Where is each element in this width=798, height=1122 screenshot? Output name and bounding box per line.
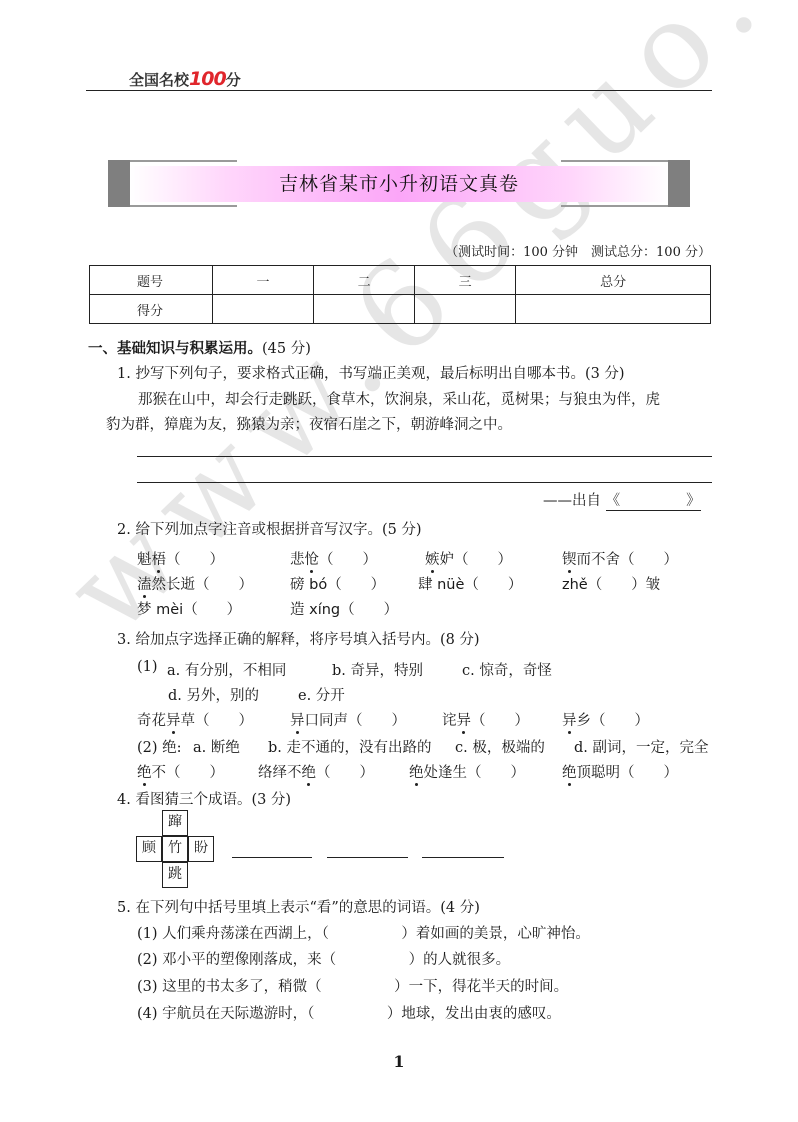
idiom-answer-line[interactable] — [232, 857, 312, 858]
q5-item[interactable]: (4) 宇航员在天际遨游时，（ ）地球，发出由衷的感叹。 — [137, 1002, 561, 1023]
answer-blank: （ ） — [166, 552, 224, 568]
book-bracket-close: 》 — [686, 489, 701, 510]
item-number: (1) — [137, 926, 158, 942]
answer-blank: （ ） — [464, 577, 522, 593]
dotted-char: 溘 — [137, 573, 152, 594]
q3-option: b. 奇异，特别 — [332, 659, 423, 680]
answer-blank: （ ） — [620, 552, 678, 568]
q3-option: d. 另外，别的 — [168, 684, 259, 705]
table-cell: 得分 — [90, 295, 213, 324]
score-input-cell[interactable] — [516, 295, 711, 324]
item-text: 顶聪明 — [577, 765, 621, 781]
item-text: 造 xíng — [290, 602, 340, 618]
item-text: 奇花 — [137, 713, 166, 729]
pinyin-item[interactable]: 悲怆（ ） — [290, 548, 377, 569]
question-1-passage-line: 那猴在山中，却会行走跳跃，食草木，饮涧泉，采山花，觅树果；与狼虫为伴，虎 — [138, 388, 660, 409]
banner-line — [561, 160, 668, 162]
table-header-cell: 题号 — [90, 266, 213, 295]
question-5-prompt: 5. 在下列句中括号里填上表示“看”的意思的词语。(4 分) — [117, 896, 480, 917]
idiom-answer-line[interactable] — [422, 857, 504, 858]
grid-cell-bottom: 跳 — [162, 862, 188, 888]
item-text: 魁 — [137, 552, 152, 568]
dotted-char: 锲 — [562, 548, 577, 569]
answer-blank: （ ） — [454, 552, 512, 568]
q3-item[interactable]: 绝处逢生（ ） — [409, 761, 525, 782]
table-row: 得分 — [90, 295, 711, 324]
score-input-cell[interactable] — [314, 295, 415, 324]
answer-blank: （ ） — [322, 926, 416, 942]
table-header-cell: 二 — [314, 266, 415, 295]
logo-prefix: 全国名校 — [129, 71, 189, 89]
dotted-char: 绝 — [137, 761, 152, 782]
answer-blank: （ ） — [348, 713, 406, 729]
item-text: 然长逝 — [152, 577, 196, 593]
source-input[interactable]: 《》 — [606, 489, 701, 511]
answer-blank: （ ） — [307, 979, 409, 995]
answer-blank: （ ） — [195, 577, 253, 593]
q5-item[interactable]: (1) 人们乘舟荡漾在西湖上，（ ）着如画的美景，心旷神怡。 — [137, 922, 590, 943]
answer-blank: （ ）皱 — [588, 577, 661, 593]
q3-item[interactable]: 绝顶聪明（ ） — [562, 761, 678, 782]
answer-blank: （ ） — [467, 765, 525, 781]
pinyin-item[interactable]: 溘然长逝（ ） — [137, 573, 253, 594]
answer-line[interactable] — [137, 482, 712, 483]
pinyin-item[interactable]: 梦 mèi（ ） — [137, 598, 241, 619]
q3-part1-label: (1) — [137, 659, 158, 675]
banner-line — [130, 205, 237, 207]
q3-option: a. 断绝 — [193, 736, 240, 757]
q5-item[interactable]: (3) 这里的书太多了，稍微（ ）一下，得花半天的时间。 — [137, 975, 568, 996]
header-rule — [86, 90, 712, 91]
question-1-prompt: 1. 抄写下列句子，要求格式正确，书写端正美观，最后标明出自哪本书。(3 分) — [117, 362, 625, 383]
answer-blank: （ ） — [322, 952, 424, 968]
q3-option: b. 走不通的，没有出路的 — [268, 736, 432, 757]
item-text: 这里的书太多了，稍微 — [162, 979, 307, 995]
dotted-char: 绝 — [562, 761, 577, 782]
page-title: 吉林省某市小升初语文真卷 — [108, 169, 690, 196]
test-meta: （测试时间：100 分钟 测试总分：100 分） — [445, 241, 711, 260]
page-number: 1 — [0, 1052, 798, 1071]
item-text: 地球，发出由衷的感叹。 — [401, 1006, 561, 1022]
q3-option: c. 惊奇，奇怪 — [462, 659, 552, 680]
item-text: 一下，得花半天的时间。 — [409, 979, 569, 995]
pinyin-item[interactable]: 造 xíng（ ） — [290, 598, 398, 619]
logo-suffix: 分 — [226, 71, 241, 89]
section-points: (45 分) — [262, 341, 311, 357]
item-text: 着如画的美景，心旷神怡。 — [416, 926, 590, 942]
answer-blank: （ ） — [327, 577, 385, 593]
item-text: 处逢生 — [424, 765, 468, 781]
answer-blank: （ ） — [195, 713, 253, 729]
table-row: 题号 一 二 三 总分 — [90, 266, 711, 295]
table-header-cell: 三 — [415, 266, 516, 295]
q3-item[interactable]: 奇花异草（ ） — [137, 709, 253, 730]
table-header-cell: 总分 — [516, 266, 711, 295]
item-text: 人们乘舟荡漾在西湖上， — [162, 926, 322, 942]
item-text: 悲 — [290, 552, 305, 568]
item-text: 的人就很多。 — [423, 952, 510, 968]
q3-item[interactable]: 绝不（ ） — [137, 761, 224, 782]
question-3-prompt: 3. 给加点字选择正确的解释，将序号填入括号内。(8 分) — [117, 628, 480, 649]
item-text: 肆 nüè — [418, 577, 464, 593]
section-title-text: 一、基础知识与积累运用。 — [88, 341, 262, 357]
pinyin-item[interactable]: 嫉妒（ ） — [425, 548, 512, 569]
header-logo: 全国名校100分 — [129, 68, 241, 90]
grid-cell-top: 蹿 — [162, 810, 188, 836]
pinyin-item[interactable]: 锲而不舍（ ） — [562, 548, 678, 569]
answer-blank: （ ） — [166, 765, 224, 781]
answer-blank: （ ） — [471, 713, 529, 729]
q3-option: d. 副词，一定，完全 — [574, 736, 709, 757]
item-text: 乡 — [577, 713, 592, 729]
pinyin-item[interactable]: 磅 bó（ ） — [290, 573, 385, 594]
table-header-cell: 一 — [213, 266, 314, 295]
q3-part2-label: (2) 绝: — [137, 736, 182, 757]
section-title: 一、基础知识与积累运用。(45 分) — [88, 337, 311, 358]
idiom-answer-line[interactable] — [327, 857, 408, 858]
item-text: 梦 mèi — [137, 602, 183, 618]
pinyin-item[interactable]: 魁梧（ ） — [137, 548, 224, 569]
item-text: 而不舍 — [577, 552, 621, 568]
pinyin-item[interactable]: 肆 nüè（ ） — [418, 573, 522, 594]
item-text: 诧 — [442, 713, 457, 729]
answer-blank: （ ） — [183, 602, 241, 618]
q3-option: a. 有分别，不相同 — [167, 659, 286, 680]
grid-cell-left: 顾 — [136, 836, 162, 862]
question-2-prompt: 2. 给下列加点字注音或根据拼音写汉字。(5 分) — [117, 518, 422, 539]
answer-blank: （ ） — [319, 552, 377, 568]
dotted-char: 异 — [166, 709, 181, 730]
item-number: (3) — [137, 979, 158, 995]
q3-item[interactable]: 诧异（ ） — [442, 709, 529, 730]
q3-item[interactable]: 异口同声（ ） — [290, 709, 406, 730]
answer-blank: （ ） — [620, 765, 678, 781]
source-label: ——出自 — [543, 493, 601, 509]
item-text: 磅 bó — [290, 577, 327, 593]
item-text: 邓小平的塑像刚落成，来 — [162, 952, 322, 968]
banner-line — [130, 160, 237, 162]
banner-line — [561, 205, 668, 207]
grid-cell-center: 竹 — [162, 836, 188, 862]
item-number: (4) — [137, 1006, 158, 1022]
question-1-passage-line: 豹为群，獐鹿为友，猕猿为亲；夜宿石崖之下，朝游峰洞之中。 — [106, 413, 512, 434]
answer-blank: （ ） — [591, 713, 649, 729]
item-text: 草 — [181, 713, 196, 729]
title-banner: 吉林省某市小升初语文真卷 — [108, 160, 690, 207]
answer-blank: （ ） — [316, 765, 374, 781]
score-table: 题号 一 二 三 总分 得分 — [89, 265, 711, 324]
q5-item[interactable]: (2) 邓小平的塑像刚落成，来（ ）的人就很多。 — [137, 948, 510, 969]
dotted-char: 怆 — [305, 548, 320, 569]
pinyin-item[interactable]: zhě（ ）皱 — [562, 573, 660, 594]
source-field: ——出自 《》 — [543, 489, 701, 511]
dotted-char: 绝 — [302, 761, 317, 782]
item-text: 络绎不 — [258, 765, 302, 781]
dotted-char: 异 — [457, 709, 472, 730]
q3-option: e. 分开 — [298, 684, 345, 705]
item-text: 不 — [152, 765, 167, 781]
score-input-cell[interactable] — [213, 295, 314, 324]
item-text: 口同声 — [305, 713, 349, 729]
dotted-char: 异 — [562, 709, 577, 730]
q3-item[interactable]: 异乡（ ） — [562, 709, 649, 730]
question-4-prompt: 4. 看图猜三个成语。(3 分) — [117, 788, 291, 809]
q3-item[interactable]: 络绎不绝（ ） — [258, 761, 374, 782]
item-number: (2) — [137, 952, 158, 968]
logo-number: 100 — [189, 68, 226, 90]
answer-blank: （ ） — [340, 602, 398, 618]
dotted-char: 嫉 — [425, 548, 440, 569]
grid-cell-right: 盼 — [188, 836, 214, 862]
item-text: zhě — [562, 577, 588, 593]
q3-option: c. 极，极端的 — [455, 736, 545, 757]
answer-blank: （ ） — [307, 1006, 401, 1022]
dotted-char: 异 — [290, 709, 305, 730]
score-input-cell[interactable] — [415, 295, 516, 324]
dotted-char: 绝 — [409, 761, 424, 782]
item-text: 宇航员在天际遨游时， — [162, 1006, 307, 1022]
item-text: 妒 — [440, 552, 455, 568]
book-bracket-open: 《 — [606, 493, 621, 509]
answer-line[interactable] — [137, 456, 712, 457]
dotted-char: 梧 — [152, 548, 167, 569]
